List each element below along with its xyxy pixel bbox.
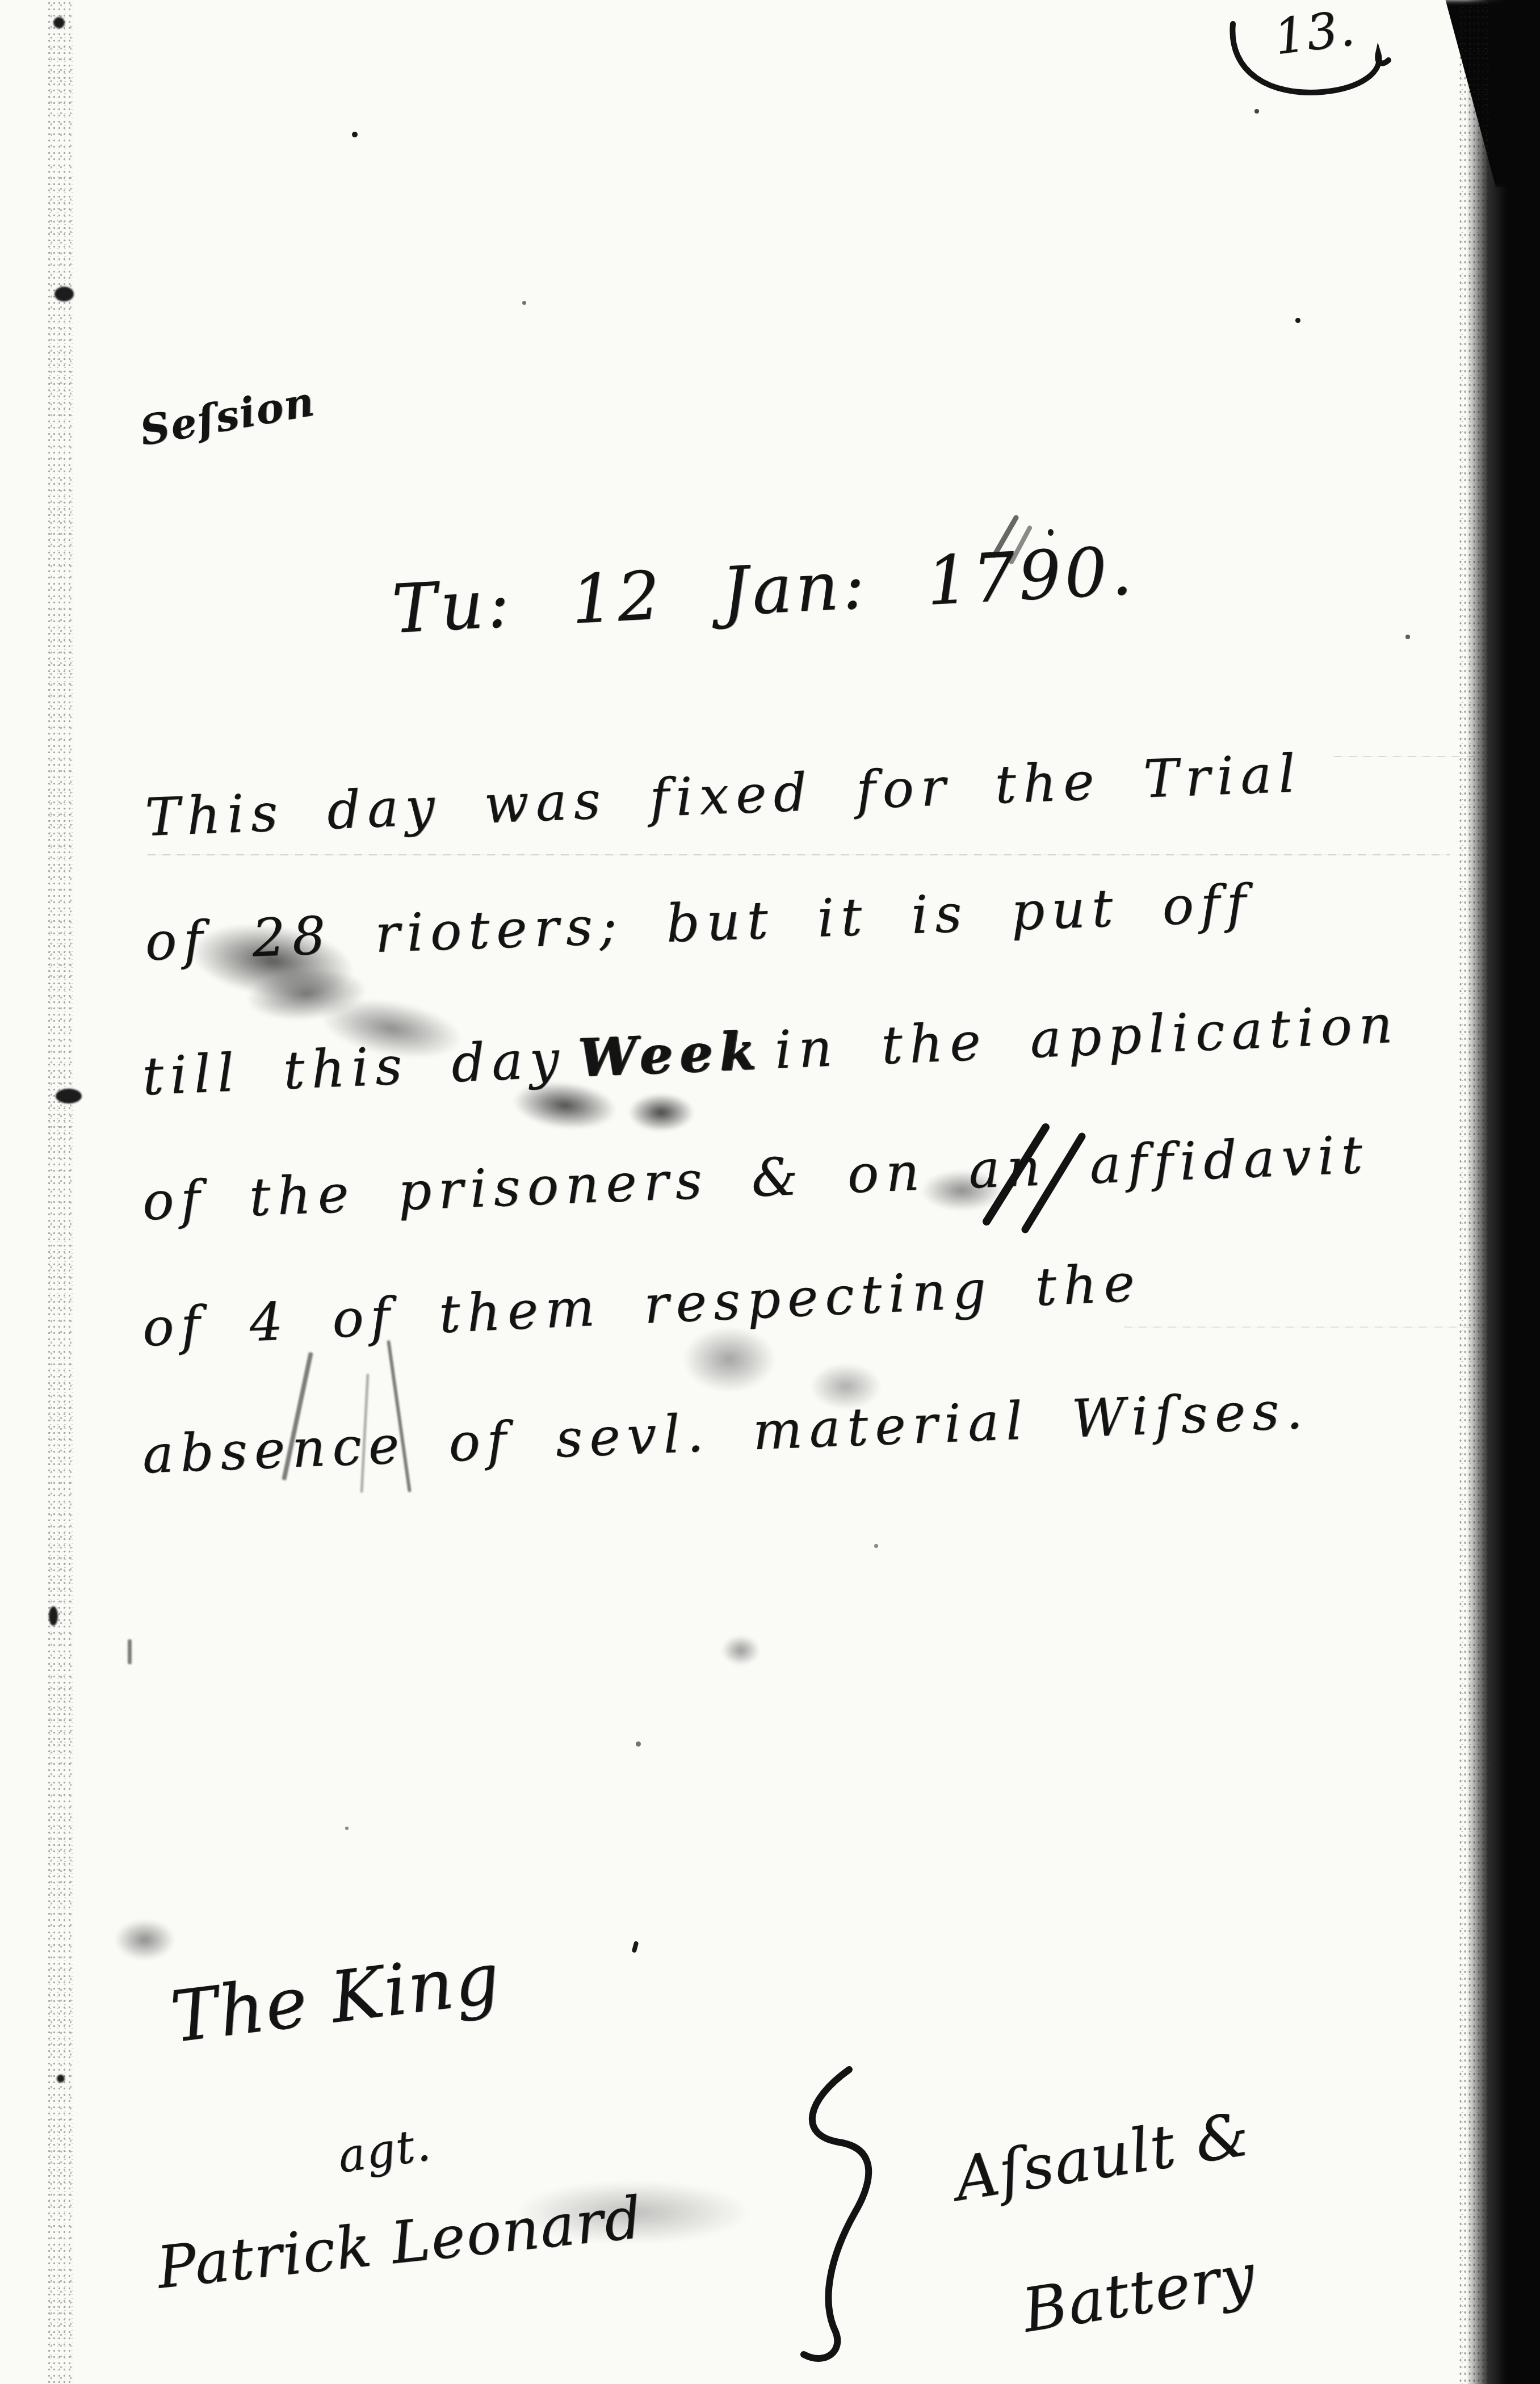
- line3-after: in the application: [774, 994, 1400, 1081]
- ink-smudge: [721, 1635, 761, 1666]
- line3-inserted-word: Week: [577, 1020, 763, 1089]
- ink-smudge: [809, 1362, 883, 1411]
- faint-rule-line: [148, 854, 1450, 855]
- speck: [1048, 529, 1054, 536]
- speck: [636, 1741, 641, 1747]
- ink-blot: [57, 2075, 65, 2083]
- date-line: Tu: 12 Jan: 1790.: [390, 531, 1137, 648]
- ink-blot: [56, 1089, 82, 1103]
- manuscript-page: 13. Seſsion Tu: 12 Jan: 1790. This day w…: [0, 0, 1540, 2384]
- ink-blot: [53, 17, 65, 28]
- faint-rule-line: [1124, 1327, 1484, 1328]
- speck: [1405, 635, 1410, 639]
- gutter-speckle-edge: [1458, 0, 1491, 2384]
- case-brace: [804, 2070, 868, 2358]
- paragraph-line-4: of the prisoners & on an affidavit: [141, 1124, 1370, 1232]
- speck: [345, 1827, 349, 1830]
- charge-line-1: Aſsault &: [950, 2099, 1255, 2214]
- speck: [1295, 318, 1300, 323]
- ink-blot: [49, 1606, 58, 1626]
- paragraph-line-5: of 4 of them respecting the: [141, 1252, 1142, 1358]
- session-heading: Seſsion: [136, 377, 318, 455]
- speck: [874, 1544, 878, 1548]
- speck: [1254, 109, 1259, 114]
- binding-edge-strip: [47, 0, 73, 2384]
- ink-smudge: [681, 1325, 778, 1394]
- ink-smudge: [627, 1093, 695, 1132]
- paragraph-line-1: This day was fixed for the Trial: [144, 743, 1303, 848]
- case-plaintiff: The King: [166, 1937, 505, 2059]
- case-versus: agt.: [334, 2118, 434, 2183]
- ink-streak: [128, 1639, 132, 1664]
- ink-smudge: [920, 1169, 1005, 1212]
- scan-gutter-shadow: [1426, 0, 1540, 2384]
- speck: [632, 1941, 639, 1953]
- erased-name-smudge: [511, 2180, 755, 2245]
- speck: [352, 132, 358, 137]
- paragraph-line-6: absence of sevl. material Wiſses.: [141, 1380, 1311, 1485]
- speck: [522, 301, 526, 305]
- charge-line-2: Battery: [1018, 2240, 1261, 2345]
- ink-blot: [54, 287, 74, 301]
- faint-rule-line: [1334, 756, 1484, 757]
- ink-smudge: [114, 1919, 176, 1961]
- page-number: 13.: [1271, 0, 1358, 66]
